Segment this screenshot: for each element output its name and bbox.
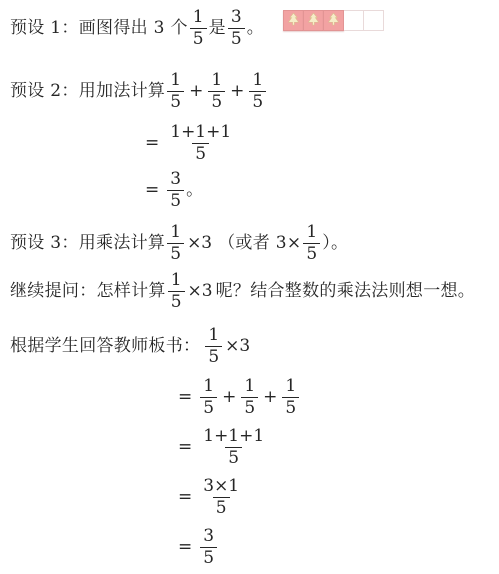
preset3-text: 预设 3：用乘法计算 (10, 233, 165, 253)
fraction-sum-over-five: 1+1+1 5 (200, 427, 267, 467)
plus-sign: + (263, 387, 277, 407)
fraction-numerator: 1 (303, 223, 320, 243)
equals-sign: = (178, 437, 192, 457)
fraction-three-fifths: 3 5 (228, 8, 245, 48)
fraction-numerator: 3 (200, 527, 217, 547)
preset3-alt-close: ）。 (322, 233, 348, 253)
preset2-step1: = 1+1+1 5 (145, 123, 236, 163)
equals-sign: = (178, 537, 192, 557)
board-text: 根据学生回答教师板书： (10, 336, 200, 356)
fraction-one-fifth: 1 5 (241, 377, 258, 417)
fraction-denominator: 5 (200, 547, 217, 568)
preset1-text: 预设 1：画图得出 3 个 (10, 18, 188, 38)
board-line: 根据学生回答教师板书： 1 5 ×3 (10, 326, 250, 366)
fraction-numerator: 1+1+1 (200, 427, 267, 447)
shaded-cell (303, 10, 323, 31)
fraction-one-fifth: 1 5 (168, 271, 185, 311)
fraction-numerator: 1 (208, 71, 225, 91)
fraction-denominator: 5 (213, 497, 230, 518)
fraction-denominator: 5 (249, 91, 266, 112)
followup-suffix-text: 呢？结合整数的乘法法则想一想。 (216, 281, 476, 301)
fraction-numerator: 1 (190, 8, 207, 28)
fraction-denominator: 5 (282, 397, 299, 418)
fraction-numerator: 1 (249, 71, 266, 91)
shaded-cell (323, 10, 344, 31)
fraction-numerator: 3 (228, 8, 245, 28)
board-step4: = 3 5 (178, 527, 219, 567)
empty-cell (364, 10, 384, 31)
shaded-cell (283, 10, 303, 31)
tree-icon (308, 11, 319, 31)
times-three: ×3 (188, 281, 213, 301)
fraction-one-fifth: 1 5 (249, 71, 266, 111)
fraction-numerator: 1 (167, 223, 184, 243)
fraction-denominator: 5 (167, 91, 184, 112)
board-step1: = 1 5 + 1 5 + 1 5 (178, 377, 301, 417)
plus-sign: + (230, 81, 244, 101)
followup-line: 继续提问：怎样计算 1 5 ×3 呢？结合整数的乘法法则想一想。 (10, 271, 475, 311)
fraction-one-fifth: 1 5 (200, 377, 217, 417)
fraction-denominator: 5 (208, 91, 225, 112)
equals-sign: = (178, 487, 192, 507)
preset2-line: 预设 2：用加法计算 1 5 + 1 5 + 1 5 (10, 71, 268, 111)
plus-sign: + (222, 387, 236, 407)
fraction-one-fifth: 1 5 (167, 223, 184, 263)
fraction-denominator: 5 (192, 143, 209, 164)
fraction-denominator: 5 (167, 243, 184, 264)
fraction-denominator: 5 (225, 447, 242, 468)
fraction-three-fifths: 3 5 (167, 170, 184, 210)
preset1-line: 预设 1：画图得出 3 个 1 5 是 3 5 。 (10, 8, 264, 48)
fraction-one-fifth: 1 5 (208, 71, 225, 111)
equals-sign: = (145, 180, 159, 200)
times-three: ×3 (187, 233, 212, 253)
fraction-numerator: 1 (241, 377, 258, 397)
preset3-alt-open: （或者 3× (218, 233, 301, 253)
fraction-numerator: 1 (168, 271, 185, 291)
fraction-three-fifths: 3 5 (200, 527, 217, 567)
equals-sign: = (145, 133, 159, 153)
followup-text: 继续提问：怎样计算 (10, 281, 166, 301)
period: 。 (186, 180, 203, 200)
fraction-denominator: 5 (241, 397, 258, 418)
fraction-one-fifth: 1 5 (167, 71, 184, 111)
fraction-bar-figure (283, 10, 384, 31)
empty-cell (344, 10, 364, 31)
fraction-denominator: 5 (168, 291, 185, 312)
fraction-one-fifth: 1 5 (303, 223, 320, 263)
plus-sign: + (189, 81, 203, 101)
board-step3: = 3×1 5 (178, 477, 244, 517)
fraction-one-fifth: 1 5 (190, 8, 207, 48)
board-step2: = 1+1+1 5 (178, 427, 269, 467)
fraction-numerator: 3×1 (200, 477, 242, 497)
preset2-step2: = 3 5 。 (145, 170, 203, 210)
fraction-denominator: 5 (228, 28, 245, 49)
fraction-one-fifth: 1 5 (282, 377, 299, 417)
fraction-numerator: 1 (282, 377, 299, 397)
equals-sign: = (178, 387, 192, 407)
fraction-denominator: 5 (167, 190, 184, 211)
fraction-product-over-five: 3×1 5 (200, 477, 242, 517)
fraction-numerator: 1 (200, 377, 217, 397)
preset2-text: 预设 2：用加法计算 (10, 81, 165, 101)
fraction-sum-over-five: 1+1+1 5 (167, 123, 234, 163)
fraction-denominator: 5 (190, 28, 207, 49)
tree-icon (288, 11, 299, 31)
times-three: ×3 (225, 336, 250, 356)
fraction-denominator: 5 (205, 346, 222, 367)
preset3-line: 预设 3：用乘法计算 1 5 ×3 （或者 3× 1 5 ）。 (10, 223, 348, 263)
fraction-one-fifth: 1 5 (205, 326, 222, 366)
fraction-numerator: 1 (205, 326, 222, 346)
fraction-numerator: 1+1+1 (167, 123, 234, 143)
fraction-denominator: 5 (303, 243, 320, 264)
preset1-mid-text: 是 (209, 18, 226, 38)
preset1-period: 。 (247, 18, 264, 38)
fraction-numerator: 3 (167, 170, 184, 190)
fraction-numerator: 1 (167, 71, 184, 91)
tree-icon (328, 11, 339, 31)
fraction-denominator: 5 (200, 397, 217, 418)
document-page: 预设 1：画图得出 3 个 1 5 是 3 5 。 预设 2：用加法计算 1 5… (0, 0, 499, 574)
